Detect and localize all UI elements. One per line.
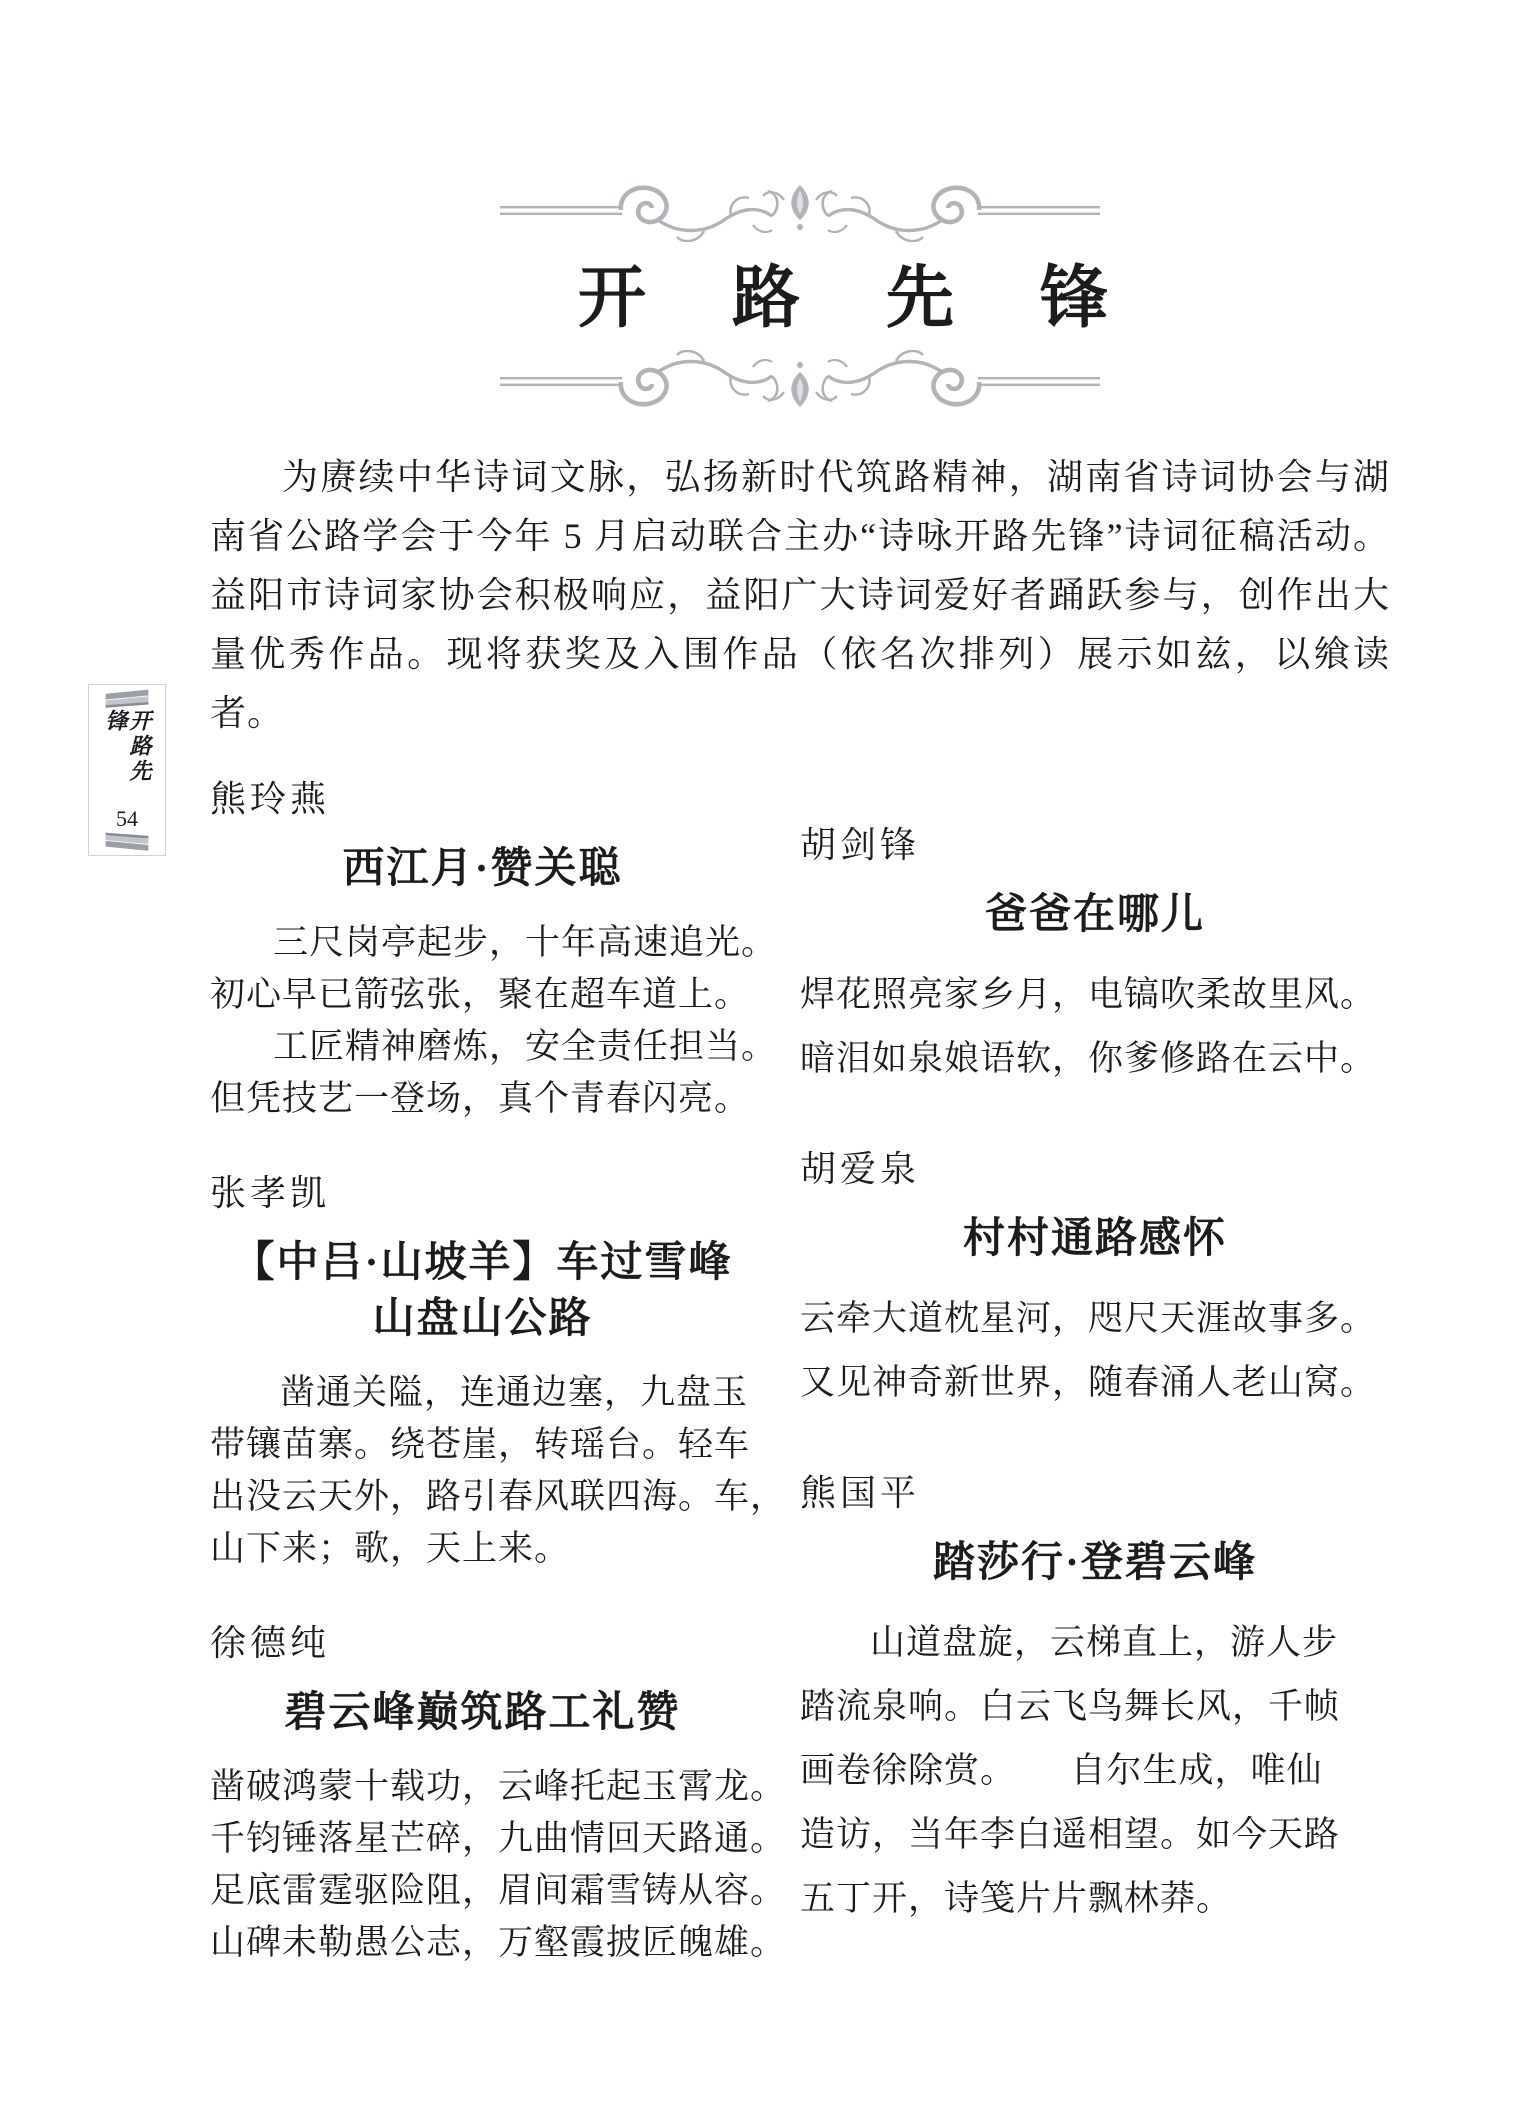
- poem-line: 五丁开，诗笺片片飘林莽。: [800, 1867, 1390, 1931]
- poem-line: 造访，当年李白遥相望。如今天路: [800, 1803, 1390, 1867]
- poem-block: 胡爱泉 村村通路感怀 云牵大道枕星河，咫尺天涯故事多。 又见神奇新世界，随春涌人…: [800, 1149, 1390, 1415]
- poem-title: 【中吕·山坡羊】车过雪峰: [210, 1235, 755, 1291]
- poem-line: 踏流泉响。白云飞鸟舞长风，千帧: [800, 1675, 1390, 1739]
- poem-line: 三尺岗亭起步，十年高速追光。: [210, 917, 755, 969]
- tab-page-number: 54: [116, 807, 138, 831]
- poem-columns: 熊玲燕 西江月·赞关聪 三尺岗亭起步，十年高速追光。 初心早已箭弦张，聚在超车道…: [210, 779, 1390, 1969]
- poem-title: 碧云峰巅筑路工礼赞: [210, 1685, 755, 1741]
- floral-divider-bottom-icon: [500, 350, 1100, 414]
- page-title: 开路先锋: [210, 252, 1476, 344]
- poem-line: 千钧锤落星芒碎，九曲情回天路通。: [210, 1813, 755, 1865]
- poem-line: 焊花照亮家乡月，电镐吹柔故里风。: [800, 963, 1390, 1027]
- poem-line: 凿破鸿蒙十载功，云峰托起玉霄龙。: [210, 1761, 755, 1813]
- poem-line: 足底雷霆驱险阻，眉间霜雪铸从容。: [210, 1865, 755, 1917]
- poem-title: 踏莎行·登碧云峰: [800, 1535, 1390, 1591]
- poem-block: 徐德纯 碧云峰巅筑路工礼赞 凿破鸿蒙十载功，云峰托起玉霄龙。 千钧锤落星芒碎，九…: [210, 1623, 755, 1969]
- poem-line: 又见神奇新世界，随春涌人老山窝。: [800, 1351, 1390, 1415]
- poem-block: 熊玲燕 西江月·赞关聪 三尺岗亭起步，十年高速追光。 初心早已箭弦张，聚在超车道…: [210, 779, 755, 1125]
- page-content: 开路先锋 为赓续中华诗词文脉，弘扬新时代筑路精神，湖南省诗词协会与湖南省公路学会…: [210, 0, 1390, 1969]
- poem-line: 山碑未勒愚公志，万壑霞披匠魄雄。: [210, 1917, 755, 1969]
- poem-line: 山道盘旋，云梯直上，游人步: [800, 1611, 1390, 1675]
- poem-title: 山盘山公路: [210, 1291, 755, 1347]
- poem-line: 但凭技艺一登场，真个青春闪亮。: [210, 1073, 755, 1125]
- poem-title: 爸爸在哪儿: [800, 887, 1390, 943]
- poem-line: 凿通关隘，连通边塞，九盘玉: [210, 1367, 755, 1419]
- poem-line: 山下来；歌，天上来。: [210, 1523, 755, 1575]
- book-page: 开路先锋 54 开路先锋 为赓续中华诗词文脉，弘扬新时代筑路精神，湖南省诗词协会…: [0, 0, 1525, 2115]
- poem-block: 张孝凯 【中吕·山坡羊】车过雪峰 山盘山公路 凿通关隘，连通边塞，九盘玉 带镶苗…: [210, 1173, 755, 1575]
- poem-author: 熊玲燕: [210, 779, 755, 819]
- ribbon-bottom-icon: [98, 831, 156, 852]
- poem-line: 初心早已箭弦张，聚在超车道上。: [210, 969, 755, 1021]
- poem-author: 徐德纯: [210, 1623, 755, 1663]
- tab-label: 开路先锋: [103, 709, 151, 806]
- poem-author: 胡爱泉: [800, 1149, 1390, 1189]
- poem-line: 画卷徐除赏。 自尔生成，唯仙: [800, 1739, 1390, 1803]
- ribbon-top-icon: [98, 688, 156, 709]
- poem-line: 带镶苗寨。绕苍崖，转瑶台。轻车: [210, 1419, 755, 1471]
- poem-line: 云牵大道枕星河，咫尺天涯故事多。: [800, 1287, 1390, 1351]
- poem-title: 村村通路感怀: [800, 1211, 1390, 1267]
- poem-line: 暗泪如泉娘语软，你爹修路在云中。: [800, 1027, 1390, 1091]
- page-tab: 开路先锋 54: [88, 684, 166, 856]
- poem-author: 张孝凯: [210, 1173, 755, 1213]
- poem-author: 胡剑锋: [800, 825, 1390, 865]
- left-column: 熊玲燕 西江月·赞关聪 三尺岗亭起步，十年高速追光。 初心早已箭弦张，聚在超车道…: [210, 779, 755, 1969]
- poem-line: 出没云天外，路引春风联四海。车，: [210, 1471, 755, 1523]
- right-column: 胡剑锋 爸爸在哪儿 焊花照亮家乡月，电镐吹柔故里风。 暗泪如泉娘语软，你爹修路在…: [800, 779, 1390, 1969]
- intro-paragraph: 为赓续中华诗词文脉，弘扬新时代筑路精神，湖南省诗词协会与湖南省公路学会于今年 5…: [210, 448, 1390, 743]
- poem-title: 西江月·赞关聪: [210, 841, 755, 897]
- poem-block: 熊国平 踏莎行·登碧云峰 山道盘旋，云梯直上，游人步 踏流泉响。白云飞鸟舞长风，…: [800, 1473, 1390, 1931]
- poem-block: 胡剑锋 爸爸在哪儿 焊花照亮家乡月，电镐吹柔故里风。 暗泪如泉娘语软，你爹修路在…: [800, 825, 1390, 1091]
- poem-line: 工匠精神磨炼，安全责任担当。: [210, 1021, 755, 1073]
- floral-divider-top-icon: [500, 178, 1100, 242]
- poem-author: 熊国平: [800, 1473, 1390, 1513]
